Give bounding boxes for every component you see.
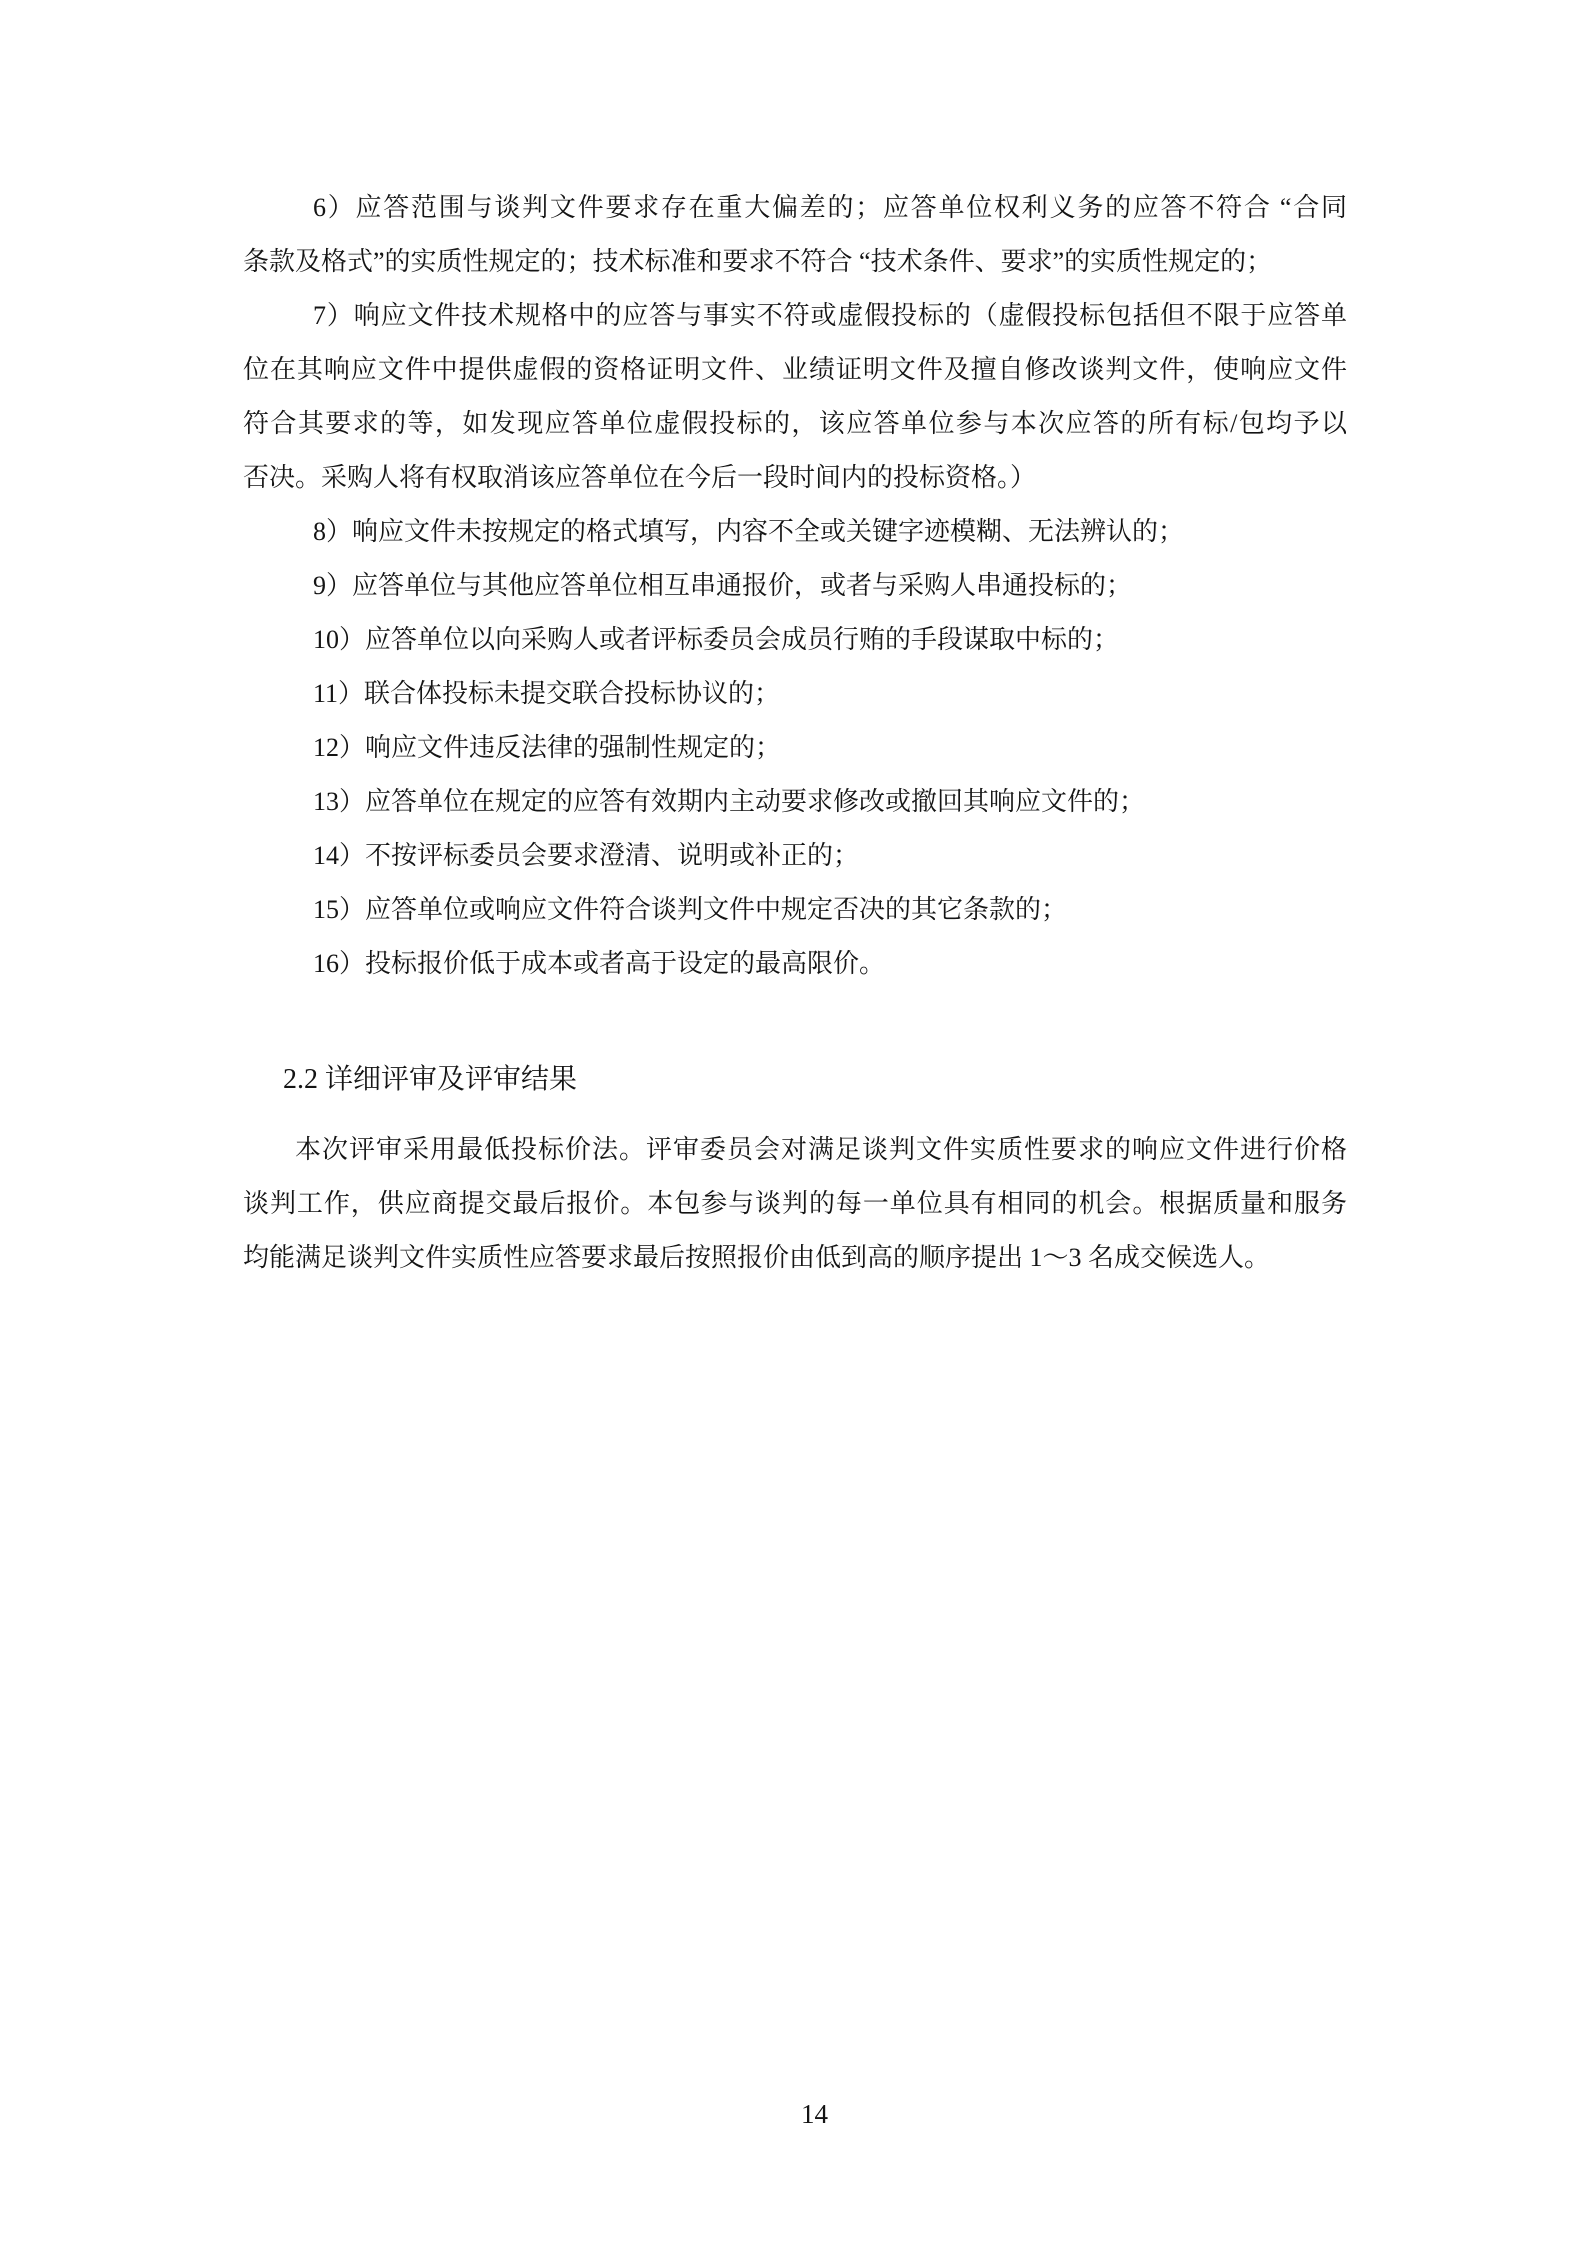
list-item-7-line-2: 位在其响应文件中提供虚假的资格证明文件、业绩证明文件及擅自修改谈判文件，使响应文…	[243, 343, 1347, 397]
list-item-15: 15）应答单位或响应文件符合谈判文件中规定否决的其它条款的；	[243, 883, 1347, 937]
list-item-7-line-4: 否决。采购人将有权取消该应答单位在今后一段时间内的投标资格。）	[243, 451, 1347, 505]
list-item-9: 9）应答单位与其他应答单位相互串通报价，或者与采购人串通投标的；	[243, 559, 1347, 613]
list-item-14: 14）不按评标委员会要求澄清、说明或补正的；	[243, 829, 1347, 883]
list-item-8: 8）响应文件未按规定的格式填写，内容不全或关键字迹模糊、无法辨认的；	[243, 505, 1347, 559]
paragraph-line-3: 均能满足谈判文件实质性应答要求最后按照报价由低到高的顺序提出 1～3 名成交候选…	[243, 1231, 1347, 1285]
list-item-6-line-1: 6）应答范围与谈判文件要求存在重大偏差的；应答单位权利义务的应答不符合 “合同	[243, 181, 1347, 235]
evaluation-result-paragraph: 本次评审采用最低投标价法。评审委员会对满足谈判文件实质性要求的响应文件进行价格 …	[243, 1123, 1347, 1285]
list-item-11: 11）联合体投标未提交联合投标协议的；	[243, 667, 1347, 721]
section-heading-2-2: 2.2 详细评审及评审结果	[243, 1053, 1387, 1107]
list-item-13: 13）应答单位在规定的应答有效期内主动要求修改或撤回其响应文件的；	[243, 775, 1347, 829]
list-item-16: 16）投标报价低于成本或者高于设定的最高限价。	[243, 937, 1347, 991]
document-page: 6）应答范围与谈判文件要求存在重大偏差的；应答单位权利义务的应答不符合 “合同 …	[0, 0, 1587, 2245]
paragraph-line-2: 谈判工作，供应商提交最后报价。本包参与谈判的每一单位具有相同的机会。根据质量和服…	[243, 1177, 1347, 1231]
list-item-7-line-1: 7）响应文件技术规格中的应答与事实不符或虚假投标的（虚假投标包括但不限于应答单	[243, 289, 1347, 343]
rejection-clause-list: 6）应答范围与谈判文件要求存在重大偏差的；应答单位权利义务的应答不符合 “合同 …	[243, 181, 1347, 991]
list-item-7-line-3: 符合其要求的等，如发现应答单位虚假投标的，该应答单位参与本次应答的所有标/包均予…	[243, 397, 1347, 451]
list-item-10: 10）应答单位以向采购人或者评标委员会成员行贿的手段谋取中标的；	[243, 613, 1347, 667]
page-number: 14	[0, 2096, 1587, 2132]
paragraph-line-1: 本次评审采用最低投标价法。评审委员会对满足谈判文件实质性要求的响应文件进行价格	[243, 1123, 1347, 1177]
list-item-6-line-2: 条款及格式”的实质性规定的；技术标准和要求不符合 “技术条件、要求”的实质性规定…	[243, 235, 1347, 289]
list-item-12: 12）响应文件违反法律的强制性规定的；	[243, 721, 1347, 775]
